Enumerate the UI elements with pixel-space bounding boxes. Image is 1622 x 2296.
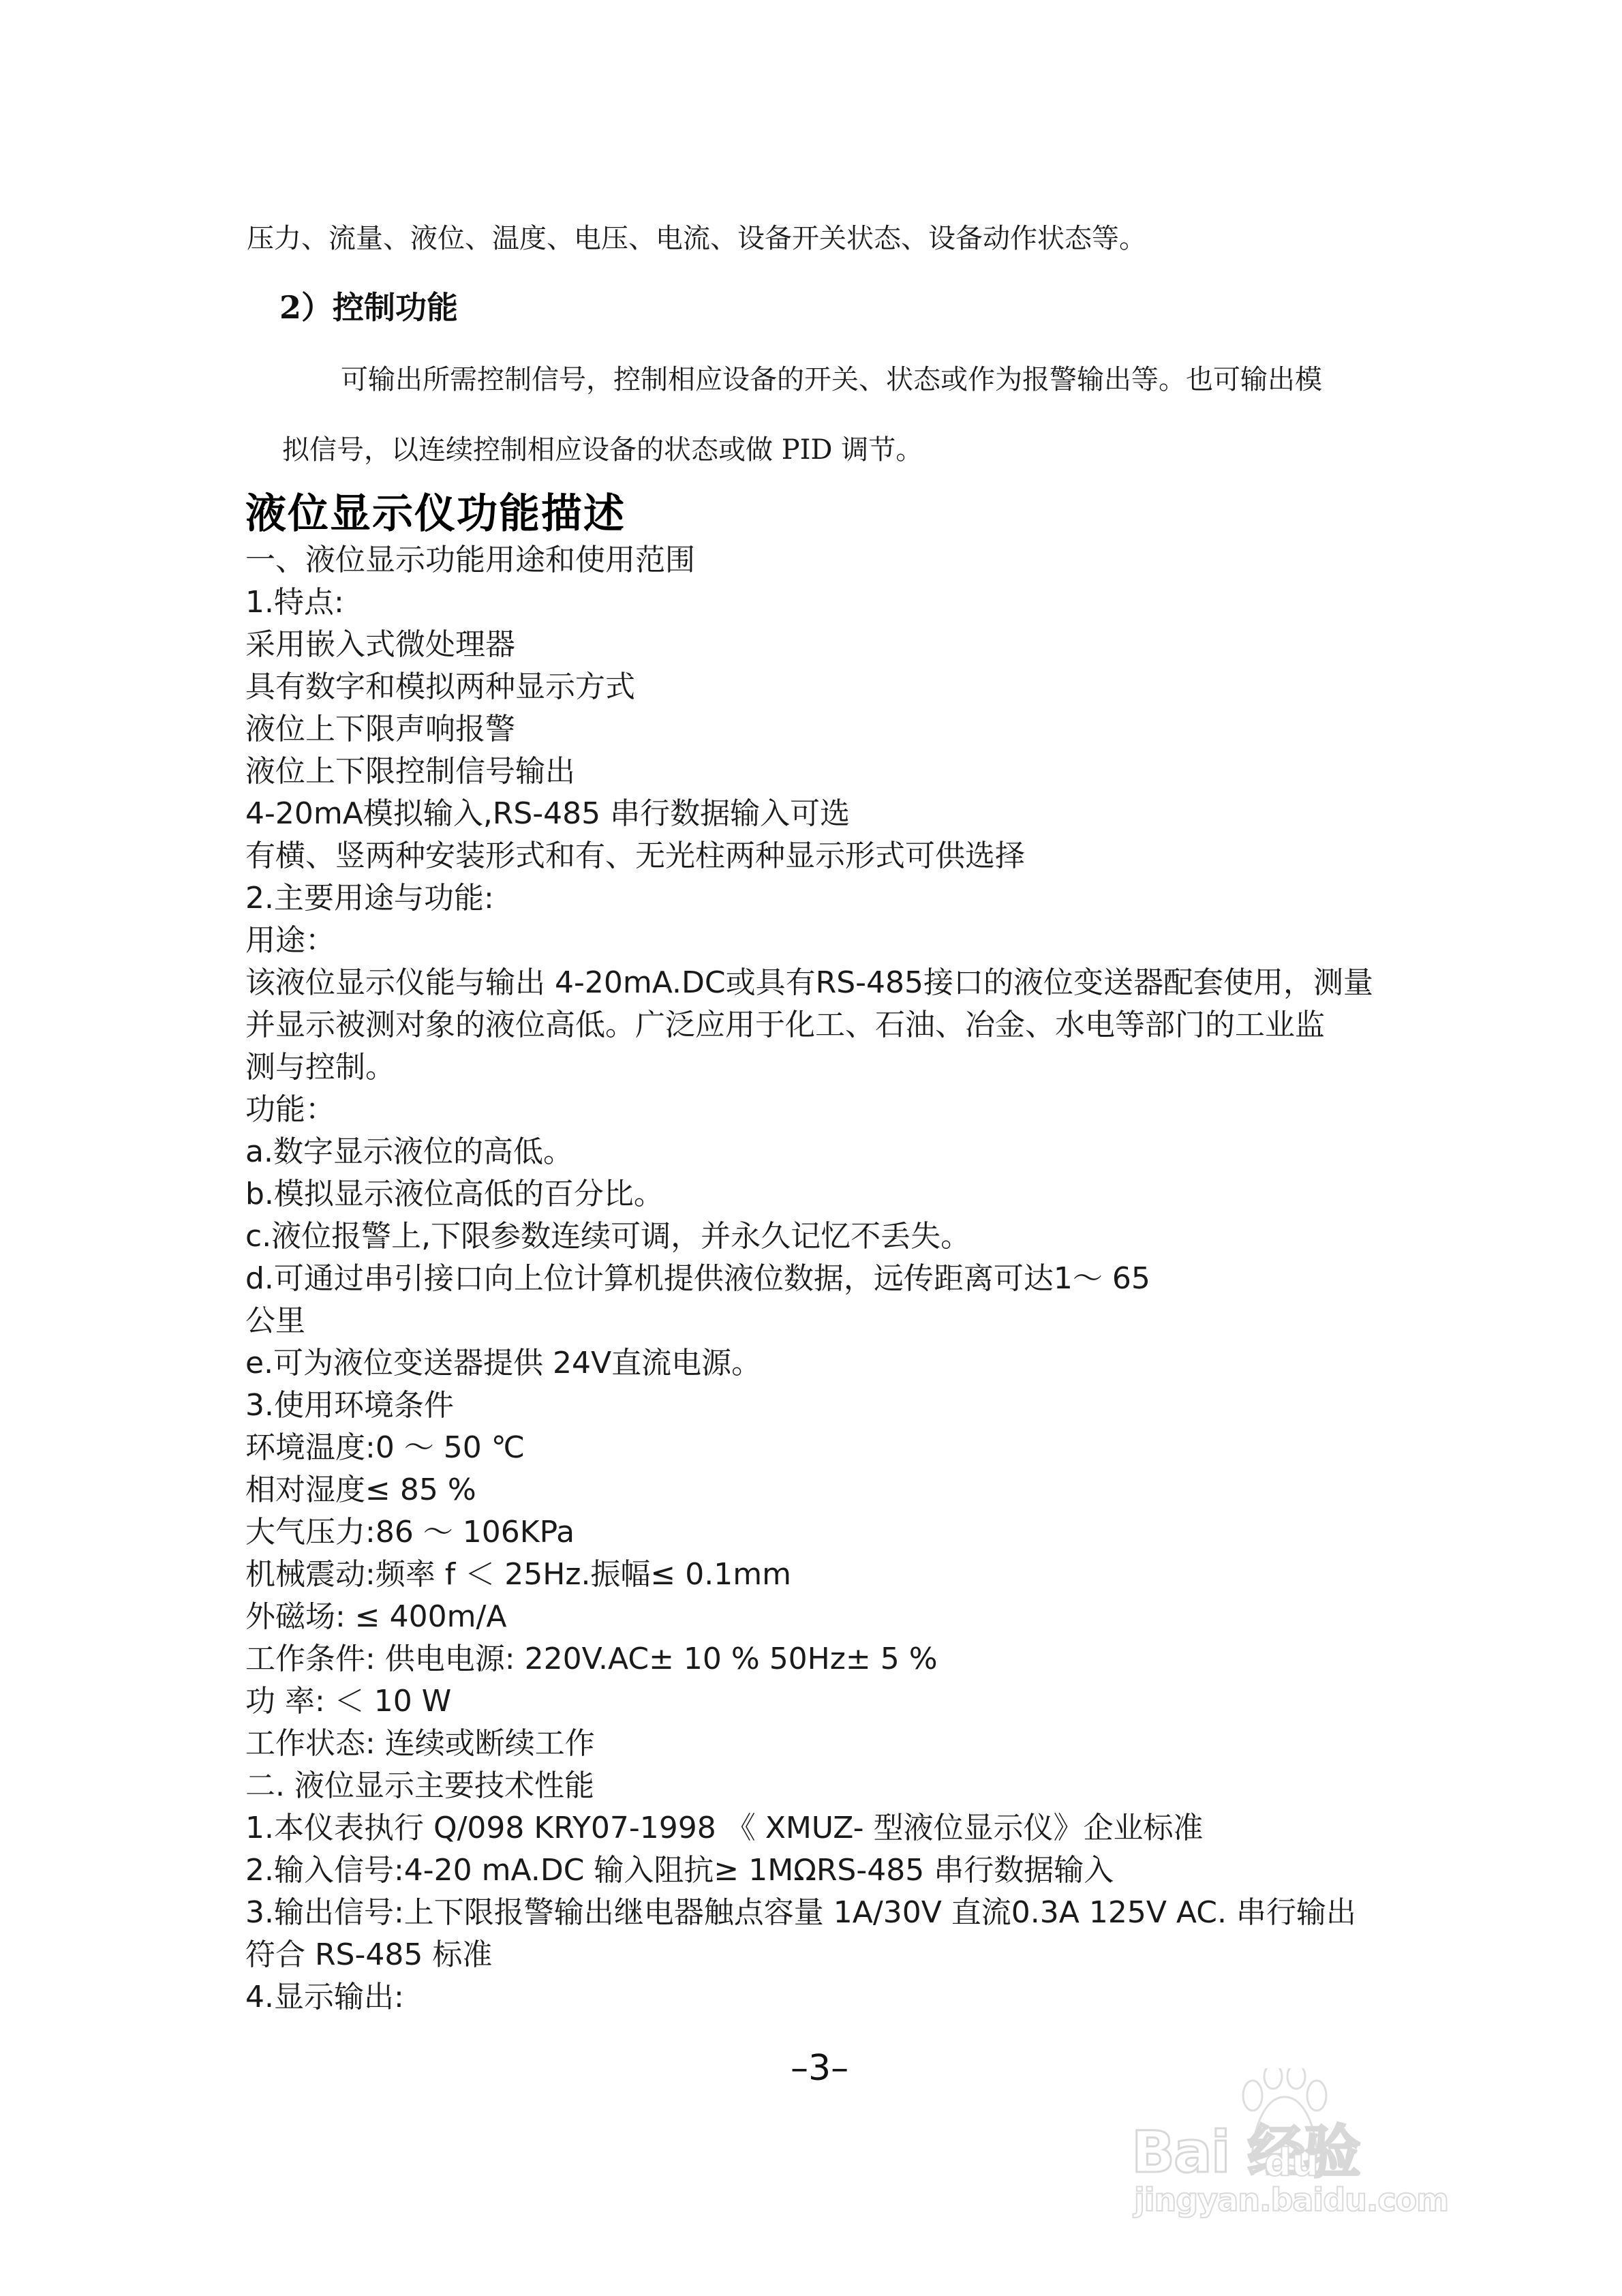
function-item: a.数字显示液位的高低。 — [245, 1137, 573, 1167]
features-heading: 1.特点: — [245, 588, 344, 618]
page-number: –3– — [791, 2051, 848, 2086]
spec-item: 符合 RS-485 标准 — [245, 1940, 492, 1970]
environment-item: 大气压力:86 ～ 106KPa — [245, 1517, 575, 1547]
function-item: e.可为液位变送器提供 24V直流电源。 — [245, 1348, 761, 1378]
watermark-url: jingyan.baidu.com — [1134, 2181, 1448, 2218]
spec-item: 1.本仪表执行 Q/098 KRY07-1998 《 XMUZ- 型液位显示仪》… — [245, 1813, 1203, 1843]
feature-item: 采用嵌入式微处理器 — [245, 630, 515, 660]
feature-item: 4-20mA模拟输入,RS-485 串行数据输入可选 — [245, 799, 850, 829]
environment-item: 功 率: ＜ 10 W — [245, 1687, 451, 1717]
function-item: d.可通过串引接口向上位计算机提供液位数据，远传距离可达1～ 65 — [245, 1264, 1150, 1294]
function-item: c.液位报警上,下限参数连续可调，并永久记忆不丢失。 — [245, 1222, 970, 1252]
watermark-du: du — [1264, 2141, 1319, 2185]
functions-label: 功能： — [245, 1095, 335, 1125]
section1-heading: 一、液位显示功能用途和使用范围 — [245, 545, 695, 575]
function-item: 公里 — [245, 1306, 305, 1336]
control-function-paragraph-line2: 拟信号，以连续控制相应设备的状态或做 PID 调节。 — [282, 436, 923, 464]
intro-continuation: 压力、流量、液位、温度、电压、电流、设备开关状态、设备动作状态等。 — [247, 225, 1146, 252]
environment-item: 相对湿度≤ 85 % — [245, 1475, 476, 1505]
environment-item: 外磁场: ≤ 400m/A — [245, 1602, 506, 1632]
feature-item: 有横、竖两种安装形式和有、无光柱两种显示形式可供选择 — [245, 841, 1025, 871]
environment-item: 机械震动:频率 f ＜ 25Hz.振幅≤ 0.1mm — [245, 1560, 791, 1590]
control-function-paragraph-line1: 可输出所需控制信号，控制相应设备的开关、状态或作为报警输出等。也可输出模 — [341, 366, 1322, 393]
spec-item: 4.显示输出: — [245, 1982, 404, 2012]
watermark-brand: Bai 经验 — [1131, 2106, 1360, 2189]
feature-item: 液位上下限声响报警 — [245, 714, 515, 744]
section2-heading: 二. 液位显示主要技术性能 — [245, 1771, 594, 1801]
uses-functions-heading: 2.主要用途与功能: — [245, 883, 494, 913]
environment-item: 工作状态: 连续或断续工作 — [245, 1729, 595, 1759]
uses-text-line: 测与控制。 — [245, 1053, 395, 1083]
uses-text-line: 该液位显示仪能与输出 4-20mA.DC或具有RS-485接口的液位变送器配套使… — [245, 968, 1373, 998]
control-function-heading: 2）控制功能 — [279, 292, 458, 323]
document-page: 压力、流量、液位、温度、电压、电流、设备开关状态、设备动作状态等。 2）控制功能… — [0, 0, 1622, 2296]
uses-label: 用途： — [245, 926, 335, 956]
environment-heading: 3.使用环境条件 — [245, 1391, 454, 1421]
environment-item: 环境温度:0 ～ 50 ℃ — [245, 1433, 525, 1463]
uses-text-line: 并显示被测对象的液位高低。广泛应用于化工、石油、冶金、水电等部门的工业监 — [245, 1010, 1325, 1040]
spec-item: 2.输入信号:4-20 mA.DC 输入阻抗≥ 1MΩRS-485 串行数据输入 — [245, 1856, 1114, 1886]
function-item: b.模拟显示液位高低的百分比。 — [245, 1179, 664, 1209]
watermark-brand-text: Bai 经验 — [1131, 2119, 1360, 2186]
spec-item: 3.输出信号:上下限报警输出继电器触点容量 1A/30V 直流0.3A 125V… — [245, 1898, 1356, 1928]
feature-item: 具有数字和模拟两种显示方式 — [245, 672, 635, 702]
environment-item: 工作条件: 供电电源: 220V.AC± 10 % 50Hz± 5 % — [245, 1644, 938, 1674]
feature-item: 液位上下限控制信号输出 — [245, 757, 575, 787]
page-title: 液位显示仪功能描述 — [245, 494, 626, 534]
baidu-jingyan-watermark: Bai 经验 du jingyan.baidu.com — [1118, 2072, 1377, 2236]
